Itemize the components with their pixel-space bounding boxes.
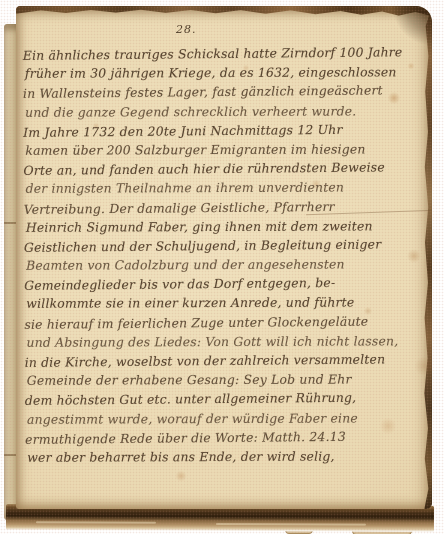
darkened-corner [392,6,432,46]
manuscript-page: 28. Ein ähnliches trauriges Schicksal ha… [16,6,432,509]
handwritten-text-block: Ein ähnliches trauriges Schicksal hatte … [23,43,418,468]
handwritten-line: Im Jahre 1732 den 20te Juni Nachmittags … [23,119,415,142]
handwritten-line: ermuthigende Rede über die Worte: Matth.… [25,426,417,449]
handwritten-line: sie hierauf im feierlichen Zuge unter Gl… [24,311,416,334]
burnt-top-edge [16,6,432,17]
handwritten-line: Vertreibung. Der damalige Geistliche, Pf… [24,196,416,219]
handwritten-line: angestimmt wurde, worauf der würdige Fab… [27,408,417,429]
handwritten-line: und Absingung des Liedes: Von Gott will … [26,331,416,352]
page-number: 28. [176,23,197,36]
handwritten-line: willkommte sie in einer kurzen Anrede, u… [26,293,416,314]
scanned-book-photo: 28. Ein ähnliches trauriges Schicksal ha… [0,0,444,534]
page-edge-streak [36,521,156,524]
handwritten-line: wer aber beharret bis ans Ende, der wird… [27,446,417,467]
burnt-right-edge [423,6,432,509]
handwritten-line: und die ganze Gegend schrecklich verheer… [25,101,415,122]
handwritten-line: in Wallensteins festes Lager, fast gänzl… [23,80,415,103]
page-edge-streak [216,523,366,526]
handwritten-line: der innigsten Theilnahme an ihrem unverd… [26,178,416,199]
handwritten-line: Heinrich Sigmund Faber, ging ihnen mit d… [26,216,416,237]
handwritten-line: dem höchsten Gut etc. unter allgemeiner … [25,387,417,410]
